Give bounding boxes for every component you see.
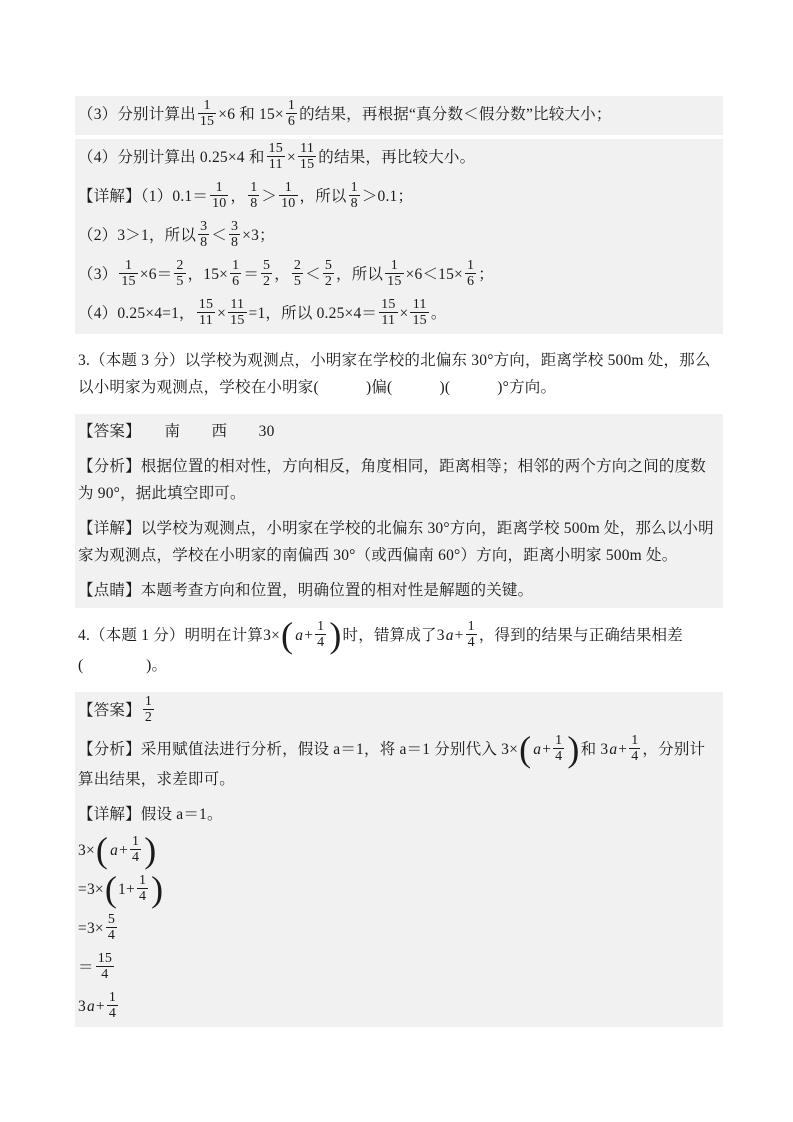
- fraction-denominator: 8: [349, 195, 360, 211]
- fraction-denominator: 2: [143, 709, 154, 725]
- math-variable: a: [86, 998, 96, 1015]
- fraction: 1511: [379, 297, 397, 328]
- fraction: 14: [315, 619, 326, 650]
- text-run: =1，所以 0.25×4＝: [249, 305, 378, 322]
- paragraph: =3×54: [75, 910, 723, 949]
- document-content: （3）分别计算出115×6 和 15×16的结果，再根据“真分数＜假分数”比较大…: [75, 96, 723, 1027]
- fraction: 1511: [197, 297, 215, 328]
- fraction-denominator: 11: [267, 156, 285, 172]
- fraction-denominator: 10: [279, 195, 297, 211]
- question-3-statement: 3.（本题 3 分）以学校为观测点，小明家在学校的北偏东 30°方向，距离学校 …: [75, 343, 723, 405]
- big-paren-close: ): [143, 835, 157, 865]
- math-variable: a: [445, 627, 455, 644]
- fraction-numerator: 1: [629, 733, 640, 748]
- paragraph: （3）115×6＝25，15×16＝52，25＜52，所以115×6＜15×16…: [75, 256, 723, 295]
- fraction-denominator: 5: [292, 273, 303, 289]
- text-run: ×3；: [242, 227, 275, 244]
- fraction-denominator: 11: [197, 312, 215, 328]
- fraction-numerator: 1: [465, 258, 476, 273]
- fraction-numerator: 5: [106, 912, 117, 927]
- fraction-numerator: 15: [197, 297, 215, 312]
- fraction-denominator: 15: [228, 312, 246, 328]
- fraction: 115: [198, 98, 216, 129]
- text-run: =3×: [78, 920, 104, 937]
- fraction-denominator: 15: [385, 273, 403, 289]
- fraction: 1115: [228, 297, 246, 328]
- fraction: 110: [210, 180, 228, 211]
- text-run: 3: [78, 998, 86, 1015]
- fraction: 154: [96, 951, 114, 982]
- fraction-denominator: 11: [379, 312, 397, 328]
- q4-answer-block: 【答案】12【分析】采用赋值法进行分析，假设 a＝1，将 a＝1 分别代入 3×…: [75, 692, 723, 1027]
- paragraph: 3.（本题 3 分）以学校为观测点，小明家在学校的北偏东 30°方向，距离学校 …: [75, 343, 723, 405]
- fraction-numerator: 2: [174, 258, 185, 273]
- fraction-denominator: 15: [410, 312, 428, 328]
- text-run: 时，错算成了3: [343, 627, 445, 644]
- fraction-denominator: 6: [465, 273, 476, 289]
- fraction-numerator: 3: [229, 219, 240, 234]
- fraction: 18: [349, 180, 360, 211]
- text-run: 的结果，再根据“真分数＜假分数”比较大小；: [299, 106, 611, 123]
- fraction-denominator: 2: [261, 273, 272, 289]
- fraction: 12: [143, 694, 154, 725]
- text-run: ×: [400, 305, 409, 322]
- fraction-denominator: 4: [553, 748, 564, 764]
- fraction: 14: [466, 619, 477, 650]
- fraction: 115: [119, 258, 137, 289]
- fraction-numerator: 1: [315, 619, 326, 634]
- text-run: ×6＝: [140, 266, 173, 283]
- fraction-numerator: 5: [261, 258, 272, 273]
- text-run: 4.（本题 1 分）明明在计算3×: [78, 627, 280, 644]
- text-run: ，15×: [188, 266, 229, 283]
- paragraph: 【点睛】本题考查方向和位置，明确位置的相对性是解题的关键。: [75, 573, 723, 608]
- fraction-denominator: 4: [629, 748, 640, 764]
- fraction: 25: [292, 258, 303, 289]
- text-run: ，所以: [336, 266, 383, 283]
- math-variable: a: [109, 842, 119, 859]
- fraction-numerator: 1: [137, 873, 148, 888]
- paragraph: （4）分别计算出 0.25×4 和1511×1115的结果，再比较大小。: [75, 139, 723, 178]
- text-run: （3）: [78, 266, 117, 283]
- fraction-numerator: 1: [130, 834, 141, 849]
- fraction-denominator: 4: [137, 888, 148, 904]
- fraction-denominator: 4: [466, 634, 477, 650]
- fraction-numerator: 11: [410, 297, 428, 312]
- fraction-numerator: 2: [292, 258, 303, 273]
- paragraph: =3×(1+14): [75, 871, 723, 910]
- fraction-numerator: 11: [228, 297, 246, 312]
- big-paren-open: (: [518, 734, 532, 764]
- text-run: 和 3: [581, 741, 609, 758]
- fraction-numerator: 5: [323, 258, 334, 273]
- q3-answer-block: 【答案】 南 西 30【分析】根据位置的相对性，方向相反，角度相同，距离相等；相…: [75, 414, 723, 608]
- fraction-numerator: 15: [96, 951, 114, 966]
- text-run: ×: [217, 305, 226, 322]
- fraction-numerator: 15: [267, 141, 285, 156]
- paragraph: 3×(a+14): [75, 832, 723, 871]
- paragraph: 4.（本题 1 分）明明在计算3×(a+14)时，错算成了3a+14，得到的结果…: [75, 617, 723, 683]
- fraction-denominator: 8: [229, 234, 240, 250]
- text-run: 3×: [78, 842, 95, 859]
- fraction-denominator: 4: [106, 927, 117, 943]
- text-run: +: [96, 998, 105, 1015]
- math-variable: a: [608, 741, 618, 758]
- text-run: ＞0.1；: [362, 188, 413, 205]
- fraction: 1115: [298, 141, 316, 172]
- text-run: 【详解】（1）0.1＝: [78, 188, 208, 205]
- fraction: 16: [286, 98, 297, 129]
- fraction: 54: [106, 912, 117, 943]
- text-run: （4）分别计算出 0.25×4 和: [78, 149, 265, 166]
- paragraph: 【分析】采用赋值法进行分析，假设 a＝1，将 a＝1 分别代入 3×(a+14)…: [75, 731, 723, 797]
- fraction-denominator: 15: [298, 156, 316, 172]
- fraction: 14: [629, 733, 640, 764]
- text-run: 。: [431, 305, 447, 322]
- fraction: 115: [385, 258, 403, 289]
- paragraph: 【详解】以学校为观测点，小明家在学校的北偏东 30°方向，距离学校 500m 处…: [75, 511, 723, 573]
- paragraph: 【答案】 南 西 30: [75, 414, 723, 449]
- text-run: ，: [230, 188, 246, 205]
- fraction-denominator: 4: [107, 1005, 118, 1021]
- fraction-numerator: 1: [385, 258, 403, 273]
- fraction: 14: [107, 990, 118, 1021]
- fraction-numerator: 1: [119, 258, 137, 273]
- text-run: 【详解】假设 a＝1。: [78, 806, 223, 823]
- text-run: ＝: [78, 959, 94, 976]
- text-run: ，所以: [300, 188, 347, 205]
- fraction-numerator: 1: [198, 98, 216, 113]
- q2-part3-statement-block: （3）分别计算出115×6 和 15×16的结果，再根据“真分数＜假分数”比较大…: [75, 96, 723, 135]
- fraction: 52: [261, 258, 272, 289]
- paragraph: 【详解】（1）0.1＝110，18＞110，所以18＞0.1；: [75, 178, 723, 217]
- fraction-denominator: 5: [174, 273, 185, 289]
- text-run: （2）3＞1，所以: [78, 227, 196, 244]
- fraction-numerator: 1: [143, 694, 154, 709]
- paragraph: （2）3＞1，所以38＜38×3；: [75, 217, 723, 256]
- text-run: +: [304, 627, 313, 644]
- fraction-denominator: 15: [119, 273, 137, 289]
- paragraph: 【详解】假设 a＝1。: [75, 797, 723, 832]
- text-run: ＜: [305, 266, 321, 283]
- fraction: 14: [137, 873, 148, 904]
- fraction: 16: [230, 258, 241, 289]
- text-run: ；: [478, 266, 494, 283]
- fraction: 38: [198, 219, 209, 250]
- text-run: 【分析】采用赋值法进行分析，假设 a＝1，将 a＝1 分别代入 3×: [78, 741, 518, 758]
- fraction-numerator: 1: [230, 258, 241, 273]
- text-run: （3）分别计算出: [78, 106, 196, 123]
- text-run: =3×: [78, 881, 104, 898]
- fraction-denominator: 4: [315, 634, 326, 650]
- fraction-numerator: 1: [349, 180, 360, 195]
- text-run: 【点睛】本题考查方向和位置，明确位置的相对性是解题的关键。: [78, 582, 533, 599]
- fraction: 25: [174, 258, 185, 289]
- paragraph: 3a+14: [75, 988, 723, 1027]
- fraction-numerator: 1: [553, 733, 564, 748]
- text-run: ×: [287, 149, 296, 166]
- fraction: 38: [229, 219, 240, 250]
- fraction: 18: [248, 180, 259, 211]
- paragraph: 【答案】12: [75, 692, 723, 731]
- fraction: 14: [553, 733, 564, 764]
- big-paren-close: ): [150, 874, 164, 904]
- document-page: （3）分别计算出115×6 和 15×16的结果，再根据“真分数＜假分数”比较大…: [0, 0, 793, 1122]
- fraction: 16: [465, 258, 476, 289]
- text-run: 【分析】根据位置的相对性，方向相反，角度相同，距离相等；相邻的两个方向之间的度数…: [78, 458, 706, 502]
- big-paren-open: (: [95, 835, 109, 865]
- fraction-denominator: 4: [130, 849, 141, 865]
- fraction: 1511: [267, 141, 285, 172]
- paragraph: 【分析】根据位置的相对性，方向相反，角度相同，距离相等；相邻的两个方向之间的度数…: [75, 449, 723, 511]
- fraction: 110: [279, 180, 297, 211]
- text-run: ×6 和 15×: [218, 106, 284, 123]
- text-run: 【详解】以学校为观测点，小明家在学校的北偏东 30°方向，距离学校 500m 处…: [78, 520, 714, 564]
- fraction: 14: [130, 834, 141, 865]
- fraction-denominator: 8: [248, 195, 259, 211]
- fraction-denominator: 8: [198, 234, 209, 250]
- fraction-denominator: 15: [198, 113, 216, 129]
- text-run: ＞: [261, 188, 277, 205]
- fraction-denominator: 6: [286, 113, 297, 129]
- text-run: +: [455, 627, 464, 644]
- paragraph: （3）分别计算出115×6 和 15×16的结果，再根据“真分数＜假分数”比较大…: [75, 96, 723, 135]
- text-run: 3.（本题 3 分）以学校为观测点，小明家在学校的北偏东 30°方向，距离学校 …: [78, 352, 711, 396]
- big-paren-open: (: [280, 620, 294, 650]
- paragraph: ＝154: [75, 949, 723, 988]
- text-run: ，: [274, 266, 290, 283]
- text-run: +: [618, 741, 627, 758]
- text-run: 1+: [118, 881, 135, 898]
- fraction-numerator: 15: [379, 297, 397, 312]
- fraction-denominator: 4: [96, 966, 114, 982]
- big-paren-close: ): [328, 620, 342, 650]
- fraction: 52: [323, 258, 334, 289]
- big-paren-open: (: [104, 874, 118, 904]
- text-run: ×6＜15×: [406, 266, 463, 283]
- text-run: 【答案】 南 西 30: [78, 423, 275, 440]
- fraction-numerator: 1: [248, 180, 259, 195]
- fraction-numerator: 1: [210, 180, 228, 195]
- fraction-numerator: 1: [286, 98, 297, 113]
- fraction-numerator: 1: [466, 619, 477, 634]
- fraction-numerator: 1: [279, 180, 297, 195]
- fraction-denominator: 6: [230, 273, 241, 289]
- math-variable: a: [294, 627, 304, 644]
- paragraph: （4）0.25×4=1，1511×1115=1，所以 0.25×4＝1511×1…: [75, 295, 723, 334]
- text-run: 的结果，再比较大小。: [318, 149, 475, 166]
- question-4-statement: 4.（本题 1 分）明明在计算3×(a+14)时，错算成了3a+14，得到的结果…: [75, 617, 723, 683]
- fraction-numerator: 3: [198, 219, 209, 234]
- text-run: +: [119, 842, 128, 859]
- text-run: （4）0.25×4=1，: [78, 305, 195, 322]
- fraction-denominator: 2: [323, 273, 334, 289]
- text-run: 【答案】: [78, 702, 141, 719]
- math-variable: a: [532, 741, 542, 758]
- text-run: ＜: [211, 227, 227, 244]
- q2-part4-and-solution-block: （4）分别计算出 0.25×4 和1511×1115的结果，再比较大小。【详解】…: [75, 139, 723, 334]
- fraction-numerator: 1: [107, 990, 118, 1005]
- fraction: 1115: [410, 297, 428, 328]
- text-run: ＝: [243, 266, 259, 283]
- text-run: +: [542, 741, 551, 758]
- big-paren-close: ): [566, 734, 580, 764]
- fraction-denominator: 10: [210, 195, 228, 211]
- fraction-numerator: 11: [298, 141, 316, 156]
